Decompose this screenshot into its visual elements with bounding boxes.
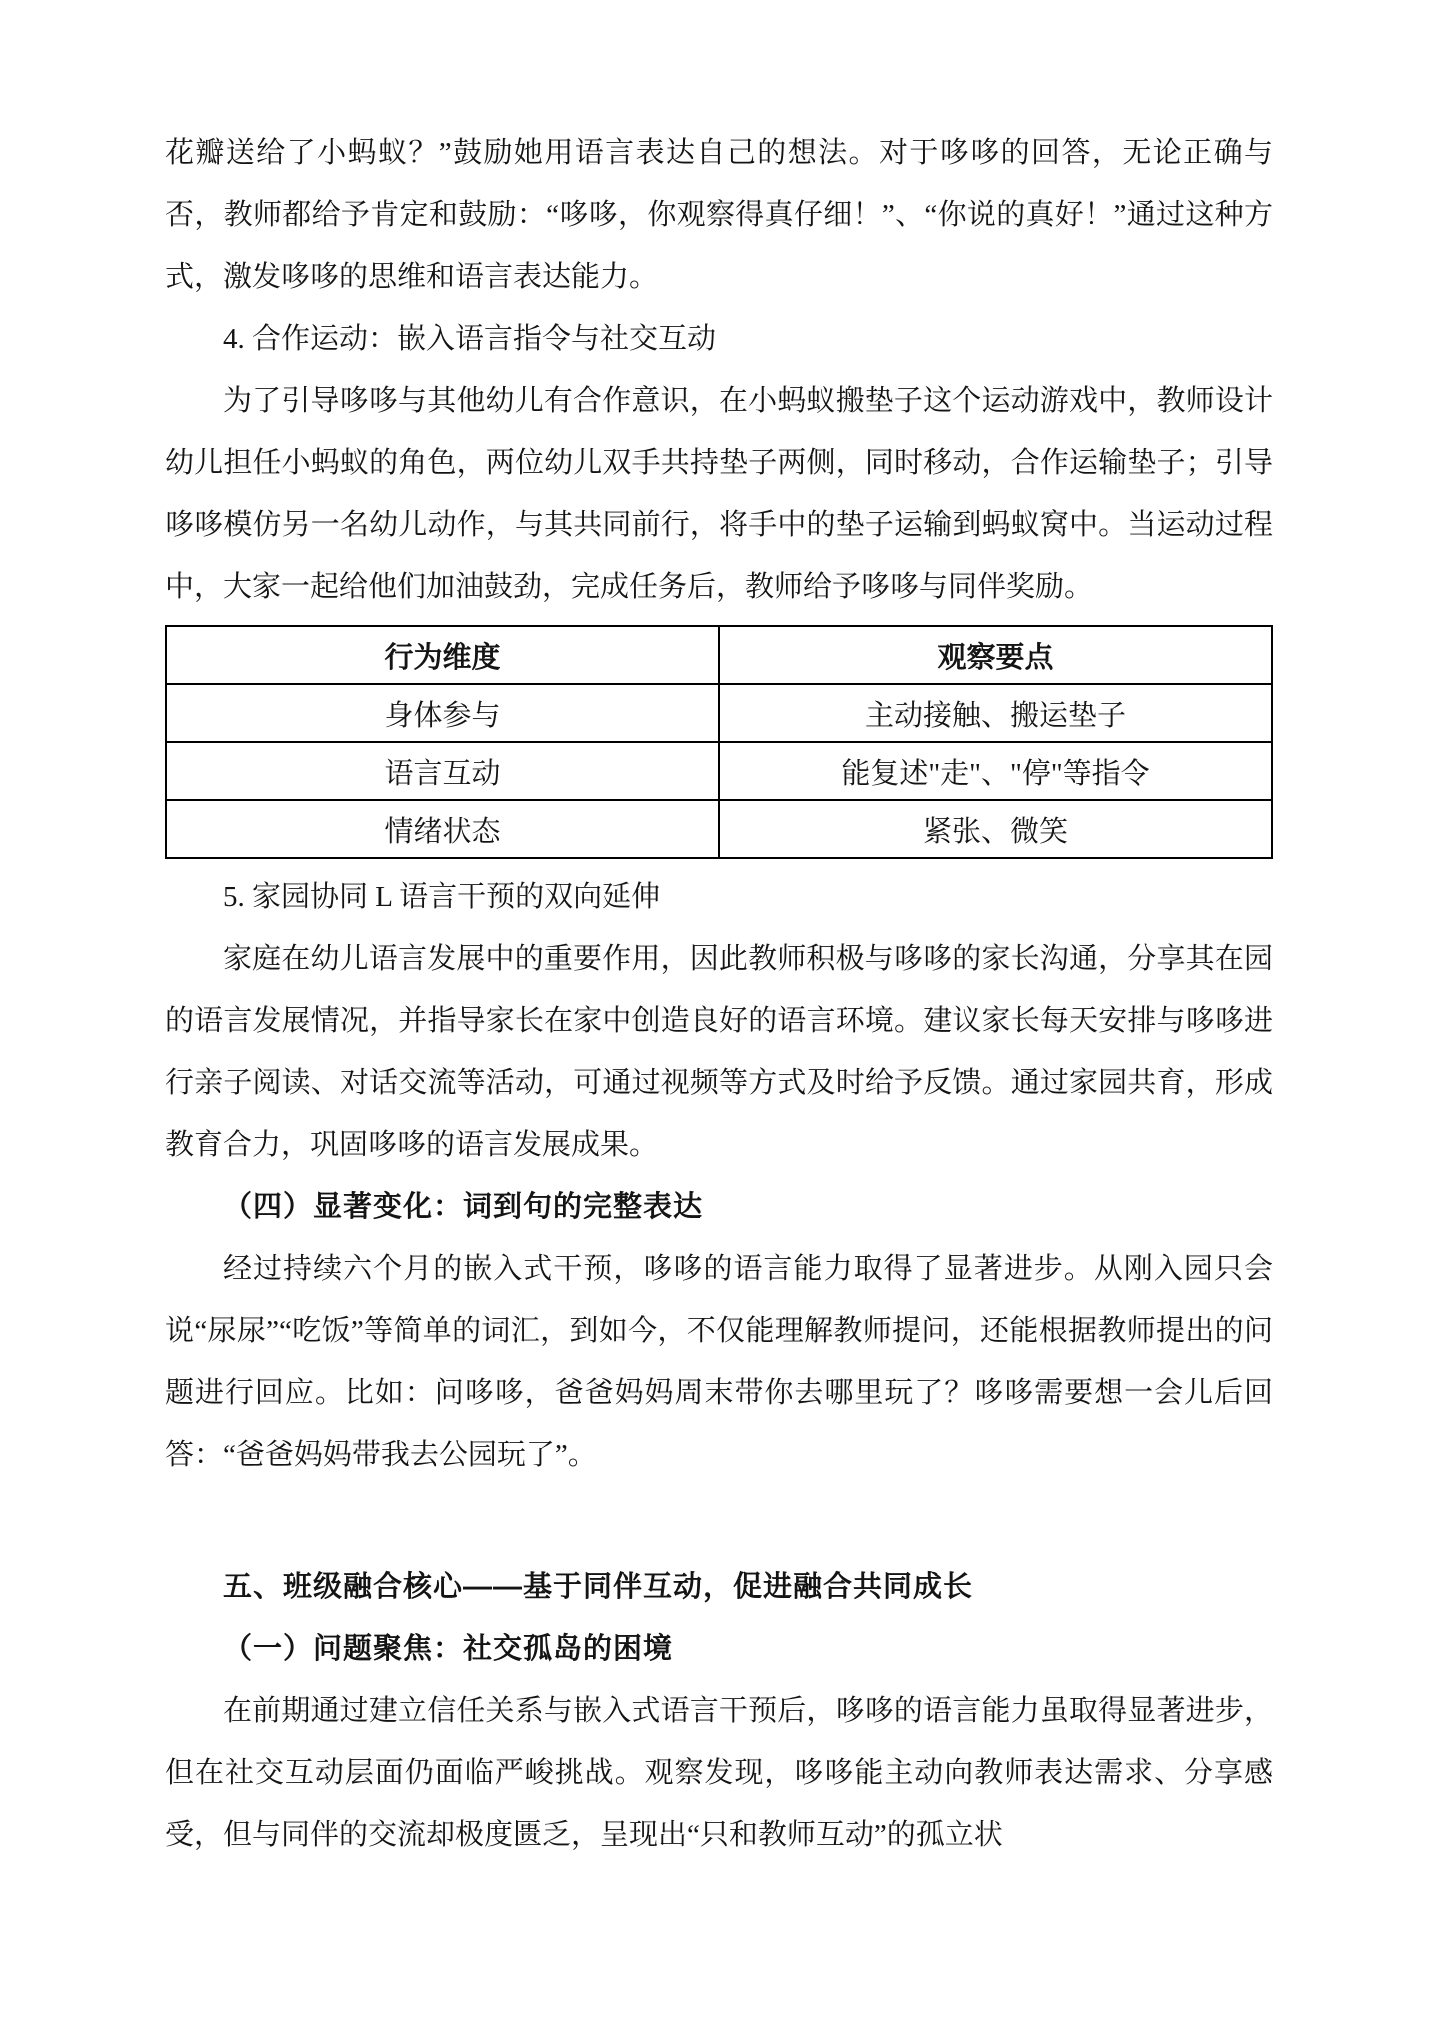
sub-heading-5: 5. 家园协同 L 语言干预的双向延伸	[165, 866, 1273, 928]
sub-heading-4: 4. 合作运动：嵌入语言指令与社交互动	[165, 308, 1273, 370]
table-row: 身体参与 主动接触、搬运垫子	[166, 684, 1272, 742]
table-row: 语言互动 能复述"走"、"停"等指令	[166, 742, 1272, 800]
table-header-observation-points: 观察要点	[719, 626, 1272, 684]
paragraph-cooperation-game: 为了引导哆哆与其他幼儿有合作意识，在小蚂蚁搬垫子这个运动游戏中，教师设计幼儿担任…	[165, 370, 1273, 618]
paragraph-continuation: 花瓣送给了小蚂蚁？”鼓励她用语言表达自己的想法。对于哆哆的回答，无论正确与否，教…	[165, 122, 1273, 308]
table-cell-dimension: 身体参与	[166, 684, 719, 742]
table-header-behavior-dimension: 行为维度	[166, 626, 719, 684]
table-cell-dimension: 情绪状态	[166, 800, 719, 858]
table-cell-observation: 紧张、微笑	[719, 800, 1272, 858]
table-cell-observation: 能复述"走"、"停"等指令	[719, 742, 1272, 800]
observation-table: 行为维度 观察要点 身体参与 主动接触、搬运垫子 语言互动 能复述"走"、"停"…	[165, 625, 1273, 859]
table-cell-dimension: 语言互动	[166, 742, 719, 800]
table-cell-observation: 主动接触、搬运垫子	[719, 684, 1272, 742]
paragraph-family-cooperation: 家庭在幼儿语言发展中的重要作用，因此教师积极与哆哆的家长沟通，分享其在园的语言发…	[165, 928, 1273, 1176]
heading-section-yi: （一）问题聚焦：社交孤岛的困境	[165, 1618, 1273, 1680]
heading-section-wu: 五、班级融合核心——基于同伴互动，促进融合共同成长	[165, 1556, 1273, 1618]
document-page: 花瓣送给了小蚂蚁？”鼓励她用语言表达自己的想法。对于哆哆的回答，无论正确与否，教…	[0, 0, 1438, 2034]
heading-section-si: （四）显著变化：词到句的完整表达	[165, 1176, 1273, 1238]
paragraph-progress: 经过持续六个月的嵌入式干预，哆哆的语言能力取得了显著进步。从刚入园只会说“尿尿”…	[165, 1238, 1273, 1486]
table-row: 情绪状态 紧张、微笑	[166, 800, 1272, 858]
table-header-row: 行为维度 观察要点	[166, 626, 1272, 684]
paragraph-social-isolation: 在前期通过建立信任关系与嵌入式语言干预后，哆哆的语言能力虽取得显著进步，但在社交…	[165, 1680, 1273, 1866]
